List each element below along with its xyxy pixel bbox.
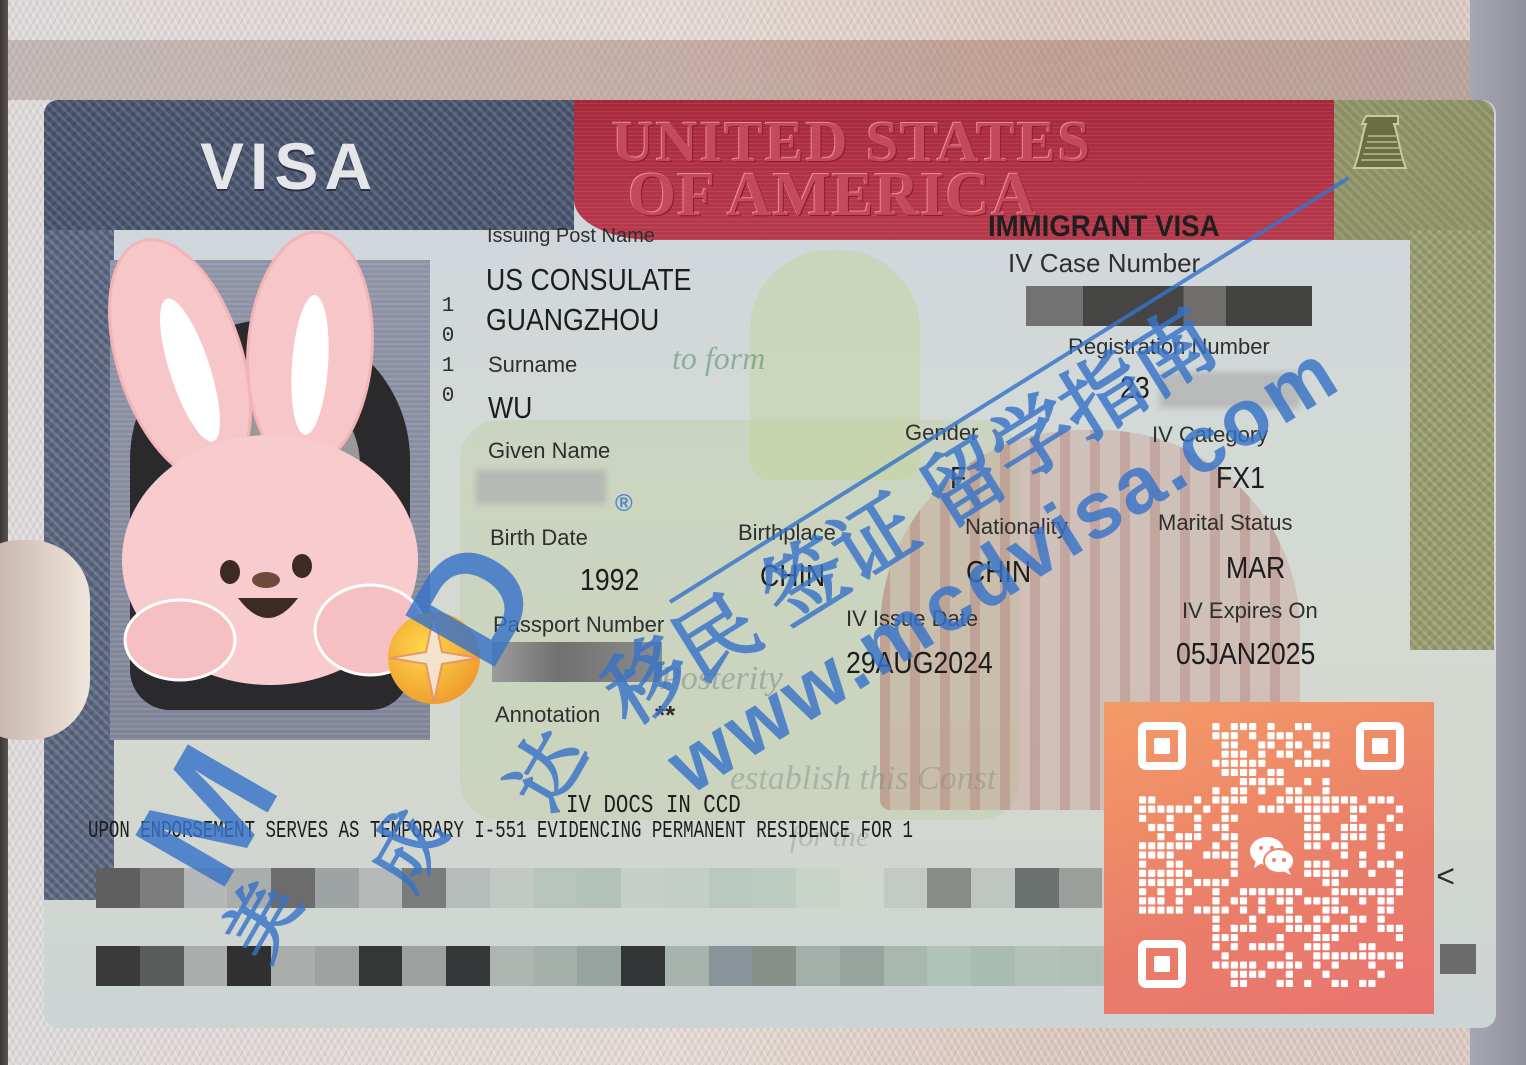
iv-case-number-label: IV Case Number [1008, 248, 1200, 279]
issuing-post-label: Issuing Post Name [487, 225, 655, 248]
iv-expires-on-label: IV Expires On [1182, 598, 1318, 624]
given-name-label: Given Name [488, 438, 610, 464]
iv-expires-on-value: 05JAN2025 [1176, 636, 1315, 672]
surname-value: WU [488, 390, 532, 426]
rabbit-sticker [80, 230, 440, 700]
issuing-post-value-line2: GUANGZHOU [486, 302, 659, 338]
watermark-registered-mark: ® [615, 490, 633, 518]
visa-type-label: IMMIGRANT VISA [988, 210, 1220, 244]
control-digits: 1 0 1 0 [438, 292, 458, 412]
surname-label: Surname [488, 352, 577, 378]
visa-green-border [1410, 230, 1494, 650]
visa-title: VISA [200, 128, 378, 204]
marital-status-value: MAR [1226, 550, 1285, 586]
background-script-to-form: to form [672, 340, 765, 377]
mrz-trailing-char: < [1436, 860, 1455, 897]
liberty-bell-icon [1352, 108, 1412, 188]
finger [0, 540, 90, 740]
lincoln-watermark [750, 250, 920, 480]
passport-page-fold-shadow [8, 40, 1490, 100]
birth-date-label: Birth Date [490, 525, 588, 551]
marital-status-label: Marital Status [1158, 510, 1293, 536]
mrz-line-2-end-redacted [1440, 944, 1476, 974]
wechat-icon [1248, 834, 1296, 878]
given-name-redacted [476, 470, 606, 504]
birth-date-value: 1992 [580, 562, 639, 598]
country-name-line2: OF AMERICA [628, 160, 1037, 231]
issuing-post-value-line1: US CONSULATE [486, 262, 691, 298]
